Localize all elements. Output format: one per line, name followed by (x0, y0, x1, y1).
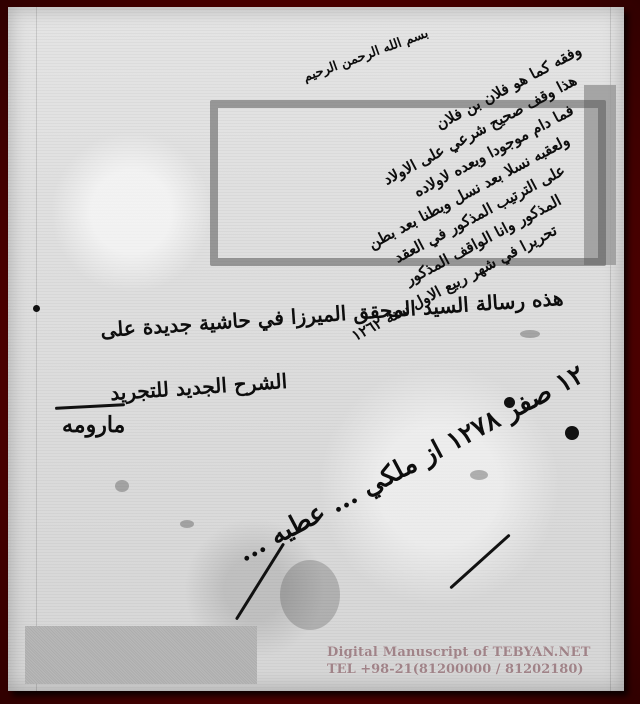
ink-dot (565, 426, 579, 440)
signature-text: مارومه (62, 412, 125, 438)
stain-spot (280, 560, 340, 630)
stain-spot (520, 330, 540, 338)
page-fold-line (36, 7, 37, 691)
paper-repair-patch (25, 626, 257, 684)
ink-dot (33, 305, 40, 312)
watermark-phone: TEL +98-21(81200000 / 81202180) (327, 662, 584, 677)
stain-spot (115, 480, 129, 492)
watermark-title: Digital Manuscript of TEBYAN.NET (327, 645, 591, 660)
stain-spot (470, 470, 488, 480)
ink-dot (504, 397, 515, 408)
stain-spot (180, 520, 194, 528)
